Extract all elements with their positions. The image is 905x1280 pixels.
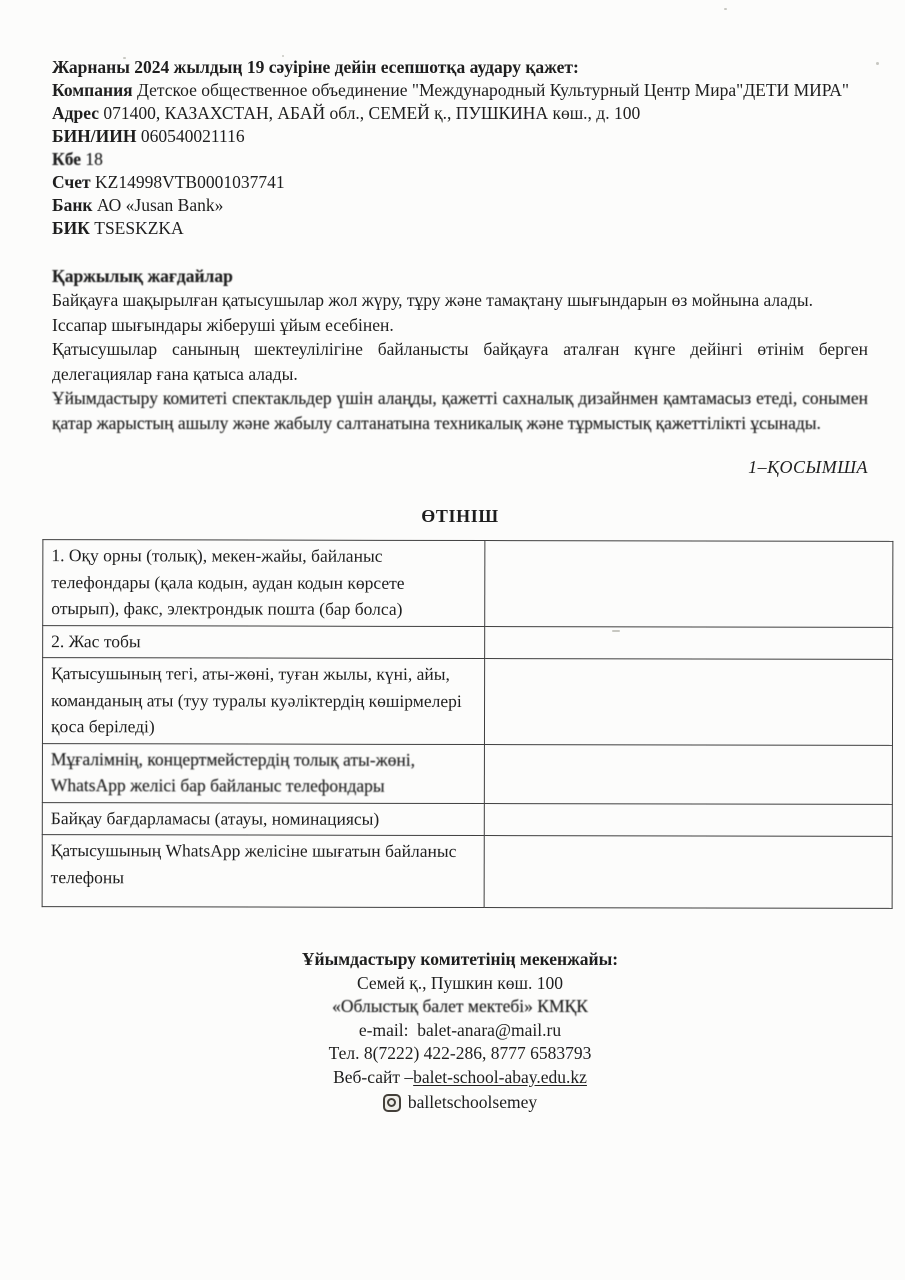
financial-conditions-heading: Қаржылық жағдайлар xyxy=(52,264,868,288)
form-answer-cell xyxy=(484,836,892,909)
finance-paragraph: Байқауға шақырылған қатысушылар жол жүру… xyxy=(52,288,868,313)
finance-paragraph: Ұйымдастыру комитеті спектакльдер үшін а… xyxy=(52,386,868,435)
committee-heading: Ұйымдастыру комитетінің мекенжайы: xyxy=(52,948,868,972)
field-line-kbe: Кбе 18 xyxy=(52,148,868,171)
scanned-document-page: Жарнаны 2024 жылдың 19 сәуіріне дейін ес… xyxy=(0,0,905,1280)
email-value: balet-anara@mail.ru xyxy=(417,1020,561,1040)
instagram-icon xyxy=(383,1094,401,1112)
website-url: balet-school-abay.edu.kz xyxy=(413,1067,587,1087)
payment-title: Жарнаны 2024 жылдың 19 сәуіріне дейін ес… xyxy=(52,56,868,79)
table-row: 1. Оқу орны (толық), мекен-жайы, байланы… xyxy=(43,540,893,627)
field-label: Банк xyxy=(52,195,93,215)
field-label: Компания xyxy=(52,80,133,100)
form-answer-cell xyxy=(485,626,893,659)
form-answer-cell xyxy=(484,659,892,745)
field-value: 071400, КАЗАХСТАН, АБАЙ обл., СЕМЕЙ қ., … xyxy=(103,103,640,123)
finance-paragraph: Іссапар шығындары жіберуші ұйым есебінен… xyxy=(52,313,868,338)
form-question-cell: Қатысушының тегі, аты-жөні, туған жылы, … xyxy=(42,658,484,744)
field-line-company: Компания Детское общественное объединени… xyxy=(52,79,868,102)
table-row: Байқау бағдарламасы (атауы, номинациясы) xyxy=(42,802,892,836)
table-row: 2. Жас тобы xyxy=(43,625,893,659)
field-value: KZ14998VTB0001037741 xyxy=(95,172,285,192)
field-value: TSESKZKA xyxy=(94,218,183,238)
scan-speck xyxy=(612,630,620,632)
form-question-cell: Мұғалімнің, концертмейстердің толық аты-… xyxy=(42,743,484,803)
field-label: БИК xyxy=(52,218,90,238)
table-row: Қатысушының тегі, аты-жөні, туған жылы, … xyxy=(42,658,892,745)
field-line-bik: БИК TSESKZKA xyxy=(52,217,868,240)
committee-org-name: «Облыстық балет мектебі» КМҚК xyxy=(52,995,868,1019)
form-answer-cell xyxy=(485,541,893,627)
form-question-cell: Байқау бағдарламасы (атауы, номинациясы) xyxy=(42,802,484,835)
field-line-bin: БИН/ИИН 060540021116 xyxy=(52,125,868,148)
scan-speck xyxy=(876,62,879,65)
field-value: АО «Jusan Bank» xyxy=(97,195,223,215)
field-value: Детское общественное объединение "Междун… xyxy=(137,80,849,100)
form-answer-cell xyxy=(484,744,892,804)
committee-address-line: Семей қ., Пушкин көш. 100 xyxy=(52,972,868,996)
table-row: Қатысушының WhatsApp желісіне шығатын ба… xyxy=(42,835,892,909)
finance-paragraph: Қатысушылар санының шектеулілігіне байла… xyxy=(52,337,868,386)
field-value: 060540021116 xyxy=(141,126,245,146)
application-form-table: 1. Оқу орны (толық), мекен-жайы, байланы… xyxy=(42,539,894,909)
email-label: e-mail: xyxy=(359,1020,409,1040)
appendix-label: 1–ҚОСЫМША xyxy=(52,457,868,478)
committee-instagram-line: balletschoolsemey xyxy=(52,1091,868,1115)
form-question-cell: 2. Жас тобы xyxy=(43,625,485,658)
committee-phone-line: Тел. 8(7222) 422-286, 8777 6583793 xyxy=(52,1042,868,1066)
instagram-handle: balletschoolsemey xyxy=(408,1091,537,1115)
field-line-bank: Банк АО «Jusan Bank» xyxy=(52,194,868,217)
committee-contacts: Ұйымдастыру комитетінің мекенжайы: Семей… xyxy=(52,948,868,1115)
field-value: 18 xyxy=(85,149,103,169)
field-label: Кбе xyxy=(52,149,81,169)
payment-details: Жарнаны 2024 жылдың 19 сәуіріне дейін ес… xyxy=(52,56,868,240)
scan-speck xyxy=(724,8,727,10)
committee-email-line: e-mail: balet-anara@mail.ru xyxy=(52,1019,868,1043)
scan-speck xyxy=(282,55,284,57)
field-label: БИН/ИИН xyxy=(52,126,137,146)
field-label: Счет xyxy=(52,172,91,192)
form-title: ӨТІНІШ xyxy=(52,506,868,527)
scan-speck xyxy=(123,57,126,59)
table-row: Мұғалімнің, концертмейстердің толық аты-… xyxy=(42,743,892,804)
form-answer-cell xyxy=(484,803,892,836)
field-line-account: Счет KZ14998VTB0001037741 xyxy=(52,171,868,194)
website-label: Веб-сайт – xyxy=(333,1067,413,1087)
financial-conditions-section: Қаржылық жағдайлар Байқауға шақырылған қ… xyxy=(52,264,868,435)
form-question-cell: Қатысушының WhatsApp желісіне шығатын ба… xyxy=(42,835,484,908)
field-label: Адрес xyxy=(52,103,99,123)
committee-website-line: Веб-сайт –balet-school-abay.edu.kz xyxy=(52,1066,868,1090)
field-line-address: Адрес 071400, КАЗАХСТАН, АБАЙ обл., СЕМЕ… xyxy=(52,102,868,125)
form-question-cell: 1. Оқу орны (толық), мекен-жайы, байланы… xyxy=(43,540,485,626)
